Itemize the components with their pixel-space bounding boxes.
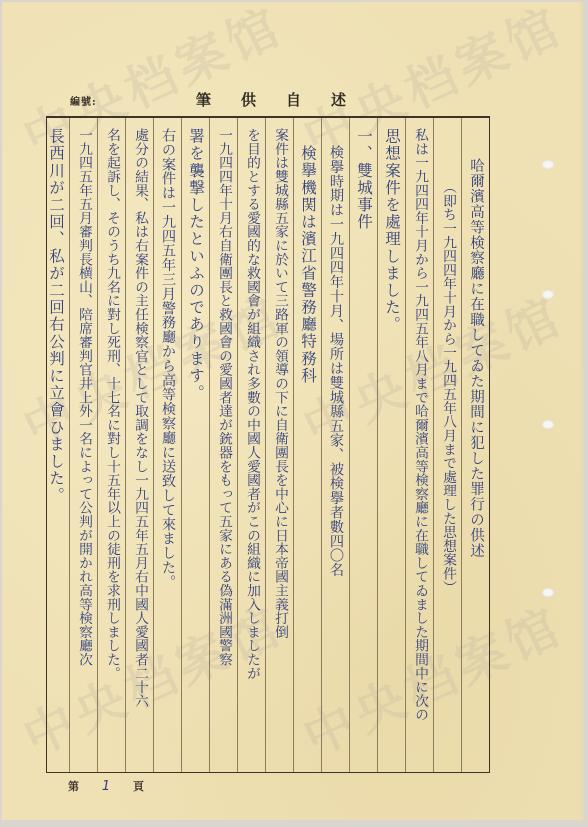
handwritten-line: 思想案件を處理しました。: [378, 128, 405, 772]
column-line: 一九四五年五月審判長横山、陪席審判官井上外一名によって公判が開かれ高等検察廳次: [69, 118, 97, 772]
title-char: 筆: [196, 89, 211, 110]
page-number: 第 1 頁: [68, 778, 144, 794]
handwritten-line: （即ち一九四四年十月から一九四五年八月まで處理した思想案件）: [434, 180, 461, 772]
page-prefix: 第: [68, 778, 79, 794]
column-line: を目的とする愛國的な救國會が組織され多數の中國人愛國者がこの組織に加入しましたが: [237, 118, 265, 772]
section-heading: 一、雙城事件: [350, 128, 377, 772]
handwritten-line: 長西川が二回、私が二回右公判に立會ひました。: [42, 128, 69, 772]
column-line: 一九四四年十月右自衛團長と救國會の愛國者達が銃器をもって五家にある偽滿洲國警察: [209, 118, 237, 772]
manuscript-grid: 哈爾濱高等検察廳に在職してゐた期間に犯した罪行の供述 （即ち一九四四年十月から一…: [46, 116, 490, 773]
handwritten-line: 處分の結果、私は右案件の主任検察官として取調をなし一九四五年五月右中國人愛國者二…: [126, 128, 153, 772]
column-section-heading: 一、雙城事件: [349, 118, 377, 772]
punch-hole: [542, 290, 554, 299]
punch-hole: [542, 160, 554, 169]
page-suffix: 頁: [133, 778, 144, 794]
column-line: 右の案件は一九四五年三月警務廳から高等検察廳に送致して來ました。: [153, 118, 181, 772]
handwritten-line: 右の案件は一九四五年三月警務廳から高等検察廳に送致して來ました。: [154, 128, 181, 772]
title-char: 述: [331, 89, 346, 110]
title-char: 自: [286, 89, 301, 110]
column-title: 哈爾濱高等検察廳に在職してゐた期間に犯した罪行の供述: [461, 118, 489, 772]
column-line: 検擧時期は一九四四年十月、場所は雙城縣五家、被検擧者數四〇名: [321, 118, 349, 772]
column-line: 處分の結果、私は右案件の主任検察官として取調をなし一九四五年五月右中國人愛國者二…: [125, 118, 153, 772]
column-line: 思想案件を處理しました。: [377, 118, 405, 772]
document-number-label: 編號:: [70, 93, 97, 108]
punch-hole: [542, 588, 554, 597]
handwritten-line: 署を襲撃したといふのであります。: [182, 128, 209, 772]
column-line: 名を起訴し、そのうち九名に對し死刑、十七名に對し十五年以上の徒刑を求刑しました。: [97, 118, 125, 772]
handwritten-line: 検擧機関は濱江省警務廳特務科: [294, 145, 321, 772]
handwritten-line: 名を起訴し、そのうち九名に對し死刑、十七名に對し十五年以上の徒刑を求刑しました。: [98, 128, 125, 772]
punch-hole: [542, 420, 554, 429]
document-title: 筆 供 自 述: [196, 89, 346, 110]
column-line: 案件は雙城縣五家に於いて三路軍の領導の下に自衛團長を中心に日本帝國主義打倒: [265, 118, 293, 772]
handwritten-line: 一九四四年十月右自衛團長と救國會の愛國者達が銃器をもって五家にある偽滿洲國警察: [210, 128, 237, 772]
column-line: 私は一九四四年十月から一九四五年八月まで哈爾濱高等検察廳に在職してゐました期間中…: [405, 118, 433, 772]
column-line: 署を襲撃したといふのであります。: [181, 118, 209, 772]
handwritten-line: 案件は雙城縣五家に於いて三路軍の領導の下に自衛團長を中心に日本帝國主義打倒: [266, 128, 293, 772]
document-page: 中央档案馆 中央档案馆 中央档案馆 中央档案馆 中央档案馆 中央档案馆 編號: …: [2, 2, 583, 820]
handwritten-line: を目的とする愛國的な救國會が組織され多數の中國人愛國者がこの組織に加入しましたが: [238, 128, 265, 772]
handwritten-line: 一九四五年五月審判長横山、陪席審判官井上外一名によって公判が開かれ高等検察廳次: [70, 128, 97, 772]
handwritten-line: 哈爾濱高等検察廳に在職してゐた期間に犯した罪行の供述: [462, 158, 489, 772]
column-line: 検擧機関は濱江省警務廳特務科: [293, 118, 321, 772]
column-subtitle: （即ち一九四四年十月から一九四五年八月まで處理した思想案件）: [433, 118, 461, 772]
handwritten-line: 私は一九四四年十月から一九四五年八月まで哈爾濱高等検察廳に在職してゐました期間中…: [406, 128, 433, 772]
column-line: 長西川が二回、私が二回右公判に立會ひました。: [42, 118, 69, 772]
handwritten-line: 検擧時期は一九四四年十月、場所は雙城縣五家、被検擧者數四〇名: [322, 145, 349, 772]
page-number-value: 1: [102, 779, 110, 794]
title-char: 供: [241, 89, 256, 110]
